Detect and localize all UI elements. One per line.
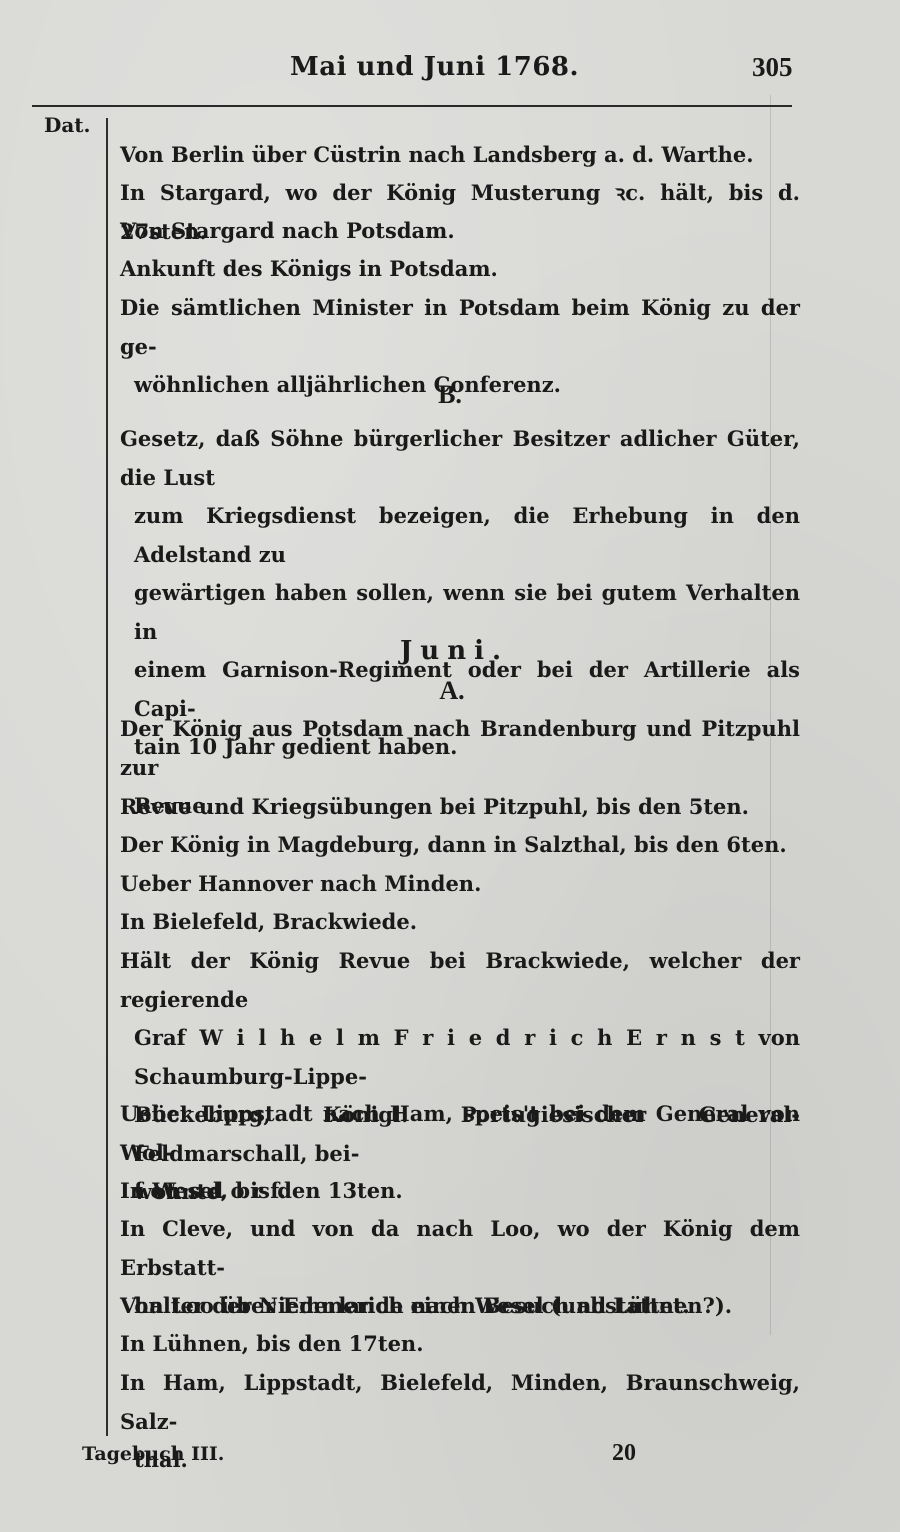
entry-line: Ueber Hannover nach Minden.	[120, 871, 481, 896]
entry-text: Revue und Kriegsübungen bei Pitzpuhl, bi…	[120, 788, 800, 827]
entry-line: Gesetz, daß Söhne bürgerlicher Besitzer …	[120, 420, 800, 497]
date-column-rule	[106, 118, 108, 1436]
entry-text: Von Berlin über Cüstrin nach Landsberg a…	[120, 136, 800, 175]
footer-volume: Tagebuch III.	[82, 1443, 224, 1465]
entry-line: Hält der König Revue bei Brackwiede, wel…	[120, 942, 800, 1019]
entry-line: In Wesel, bis den 13ten.	[120, 1178, 403, 1203]
entry-line: Ueber Lippstadt nach Ham, speis't bei de…	[120, 1095, 800, 1172]
entry-text: Ankunft des Königs in Potsdam.	[120, 250, 800, 289]
entry-text: In Lühnen, bis den 17ten.	[120, 1325, 800, 1364]
page-number: 305	[752, 52, 793, 83]
entry-line: Von Berlin über Cüstrin nach Landsberg a…	[120, 142, 754, 167]
entry-line: Ankunft des Königs in Potsdam.	[120, 256, 498, 281]
footer-signature-mark: 20	[612, 1440, 636, 1467]
month-heading: Juni.	[400, 636, 509, 666]
date-column-header: Dat.	[44, 113, 91, 137]
section-heading-b: B.	[430, 380, 470, 410]
entry-text: Von Stargard nach Potsdam.	[120, 212, 800, 251]
entry-line: zum Kriegsdienst bezeigen, die Erhebung …	[120, 497, 800, 574]
entry-text: Ueber Hannover nach Minden.	[120, 865, 800, 904]
entry-line: Von Loo über Emmerich nach Wesel (und Lü…	[120, 1293, 732, 1318]
entry-line: Der König aus Potsdam nach Brandenburg u…	[120, 710, 800, 787]
entry-line: In Cleve, und von da nach Loo, wo der Kö…	[120, 1210, 800, 1287]
entry-line: In Lühnen, bis den 17ten.	[120, 1331, 424, 1356]
running-head: Mai und Juni 1768.	[290, 52, 579, 82]
entry-line: Der König in Magdeburg, dann in Salzthal…	[120, 832, 787, 857]
entry-text: In Bielefeld, Brackwiede.	[120, 903, 800, 942]
entry-text: Der König in Magdeburg, dann in Salzthal…	[120, 826, 800, 865]
entry-line: Revue und Kriegsübungen bei Pitzpuhl, bi…	[120, 794, 749, 819]
entry-line: Von Stargard nach Potsdam.	[120, 218, 455, 243]
entry-line: Die sämtlichen Minister in Potsdam beim …	[120, 289, 800, 366]
section-heading-a: A.	[432, 676, 472, 706]
book-page: Mai und Juni 1768. 305 Dat. 24 Von Berli…	[0, 0, 900, 1532]
entry-line: In Bielefeld, Brackwiede.	[120, 909, 417, 934]
entry-line: Graf W i l h e l m F r i e d r i c h E r…	[120, 1019, 800, 1096]
entry-line: In Ham, Lippstadt, Bielefeld, Minden, Br…	[120, 1364, 800, 1441]
header-rule	[32, 105, 792, 107]
entry-text: In Wesel, bis den 13ten.	[120, 1172, 800, 1211]
entry-text: Von Loo über Emmerich nach Wesel (und Lü…	[120, 1287, 800, 1326]
